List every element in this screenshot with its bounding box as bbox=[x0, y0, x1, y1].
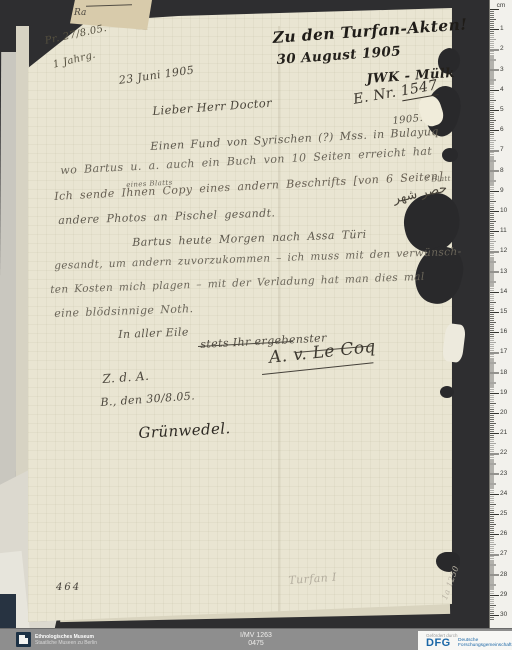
ruler-number: 29 bbox=[500, 591, 507, 598]
ruler-number: 8 bbox=[500, 167, 504, 174]
cm-ruler: cm 1234567891011121314151617181920212223… bbox=[489, 0, 512, 629]
ruler-number: 23 bbox=[500, 470, 507, 477]
ruler-number: 14 bbox=[500, 288, 507, 295]
ruler-number: 27 bbox=[500, 550, 507, 557]
ruler-number: 15 bbox=[500, 308, 507, 315]
ruler-number: 4 bbox=[500, 86, 504, 93]
backing-board bbox=[0, 594, 16, 630]
dfg-logo-icon: DFG bbox=[426, 637, 451, 649]
footer-bar: Ethnologisches Museum Staatliche Museen … bbox=[0, 628, 512, 650]
ruler-number: 21 bbox=[500, 429, 507, 436]
ruler-number: 2 bbox=[500, 45, 504, 52]
ruler-number: 1 bbox=[500, 25, 504, 32]
ruler-number: 3 bbox=[500, 66, 504, 73]
ruler-number: 12 bbox=[500, 247, 507, 254]
ruler-number: 19 bbox=[500, 389, 507, 396]
fragment-writing: Ra bbox=[74, 8, 86, 18]
ruler-number: 20 bbox=[500, 409, 507, 416]
ruler-number: 17 bbox=[500, 348, 507, 355]
ruler-number: 5 bbox=[500, 106, 504, 113]
ruler-number: 24 bbox=[500, 490, 507, 497]
ruler-number: 6 bbox=[500, 126, 504, 133]
funder-name-line-2: Forschungsgemeinschaft bbox=[458, 643, 512, 648]
ruler-number: 9 bbox=[500, 187, 504, 194]
ruler-number: 16 bbox=[500, 328, 507, 335]
ruler-number: 22 bbox=[500, 449, 507, 456]
page-fold-line bbox=[278, 26, 280, 616]
scan-viewport: Ra Pr. 27/8.05. 1 Jahrg. 23 Juni 1905 Li… bbox=[0, 0, 512, 650]
ruler-number: 10 bbox=[500, 207, 507, 214]
torn-edge bbox=[440, 386, 454, 398]
closing-line-1: In aller Eile bbox=[118, 326, 189, 341]
ruler-cm-ticks bbox=[490, 9, 499, 621]
paper-flap bbox=[442, 323, 466, 363]
fragment-ink-stroke bbox=[86, 4, 132, 7]
ruler-number: 25 bbox=[500, 510, 507, 517]
ruler-number: 7 bbox=[500, 146, 504, 153]
ruler-number: 13 bbox=[500, 268, 507, 275]
ruler-number: 26 bbox=[500, 530, 507, 537]
page-number: 464 bbox=[56, 582, 81, 593]
ruler-number: 18 bbox=[500, 369, 507, 376]
ruler-number: 28 bbox=[500, 571, 507, 578]
dfg-funding-logo: Gefördert durch DFG Deutsche Forschungsg… bbox=[418, 631, 512, 650]
torn-edge bbox=[442, 148, 458, 162]
ruler-number: 11 bbox=[500, 227, 507, 234]
ruler-number: 30 bbox=[500, 611, 507, 618]
